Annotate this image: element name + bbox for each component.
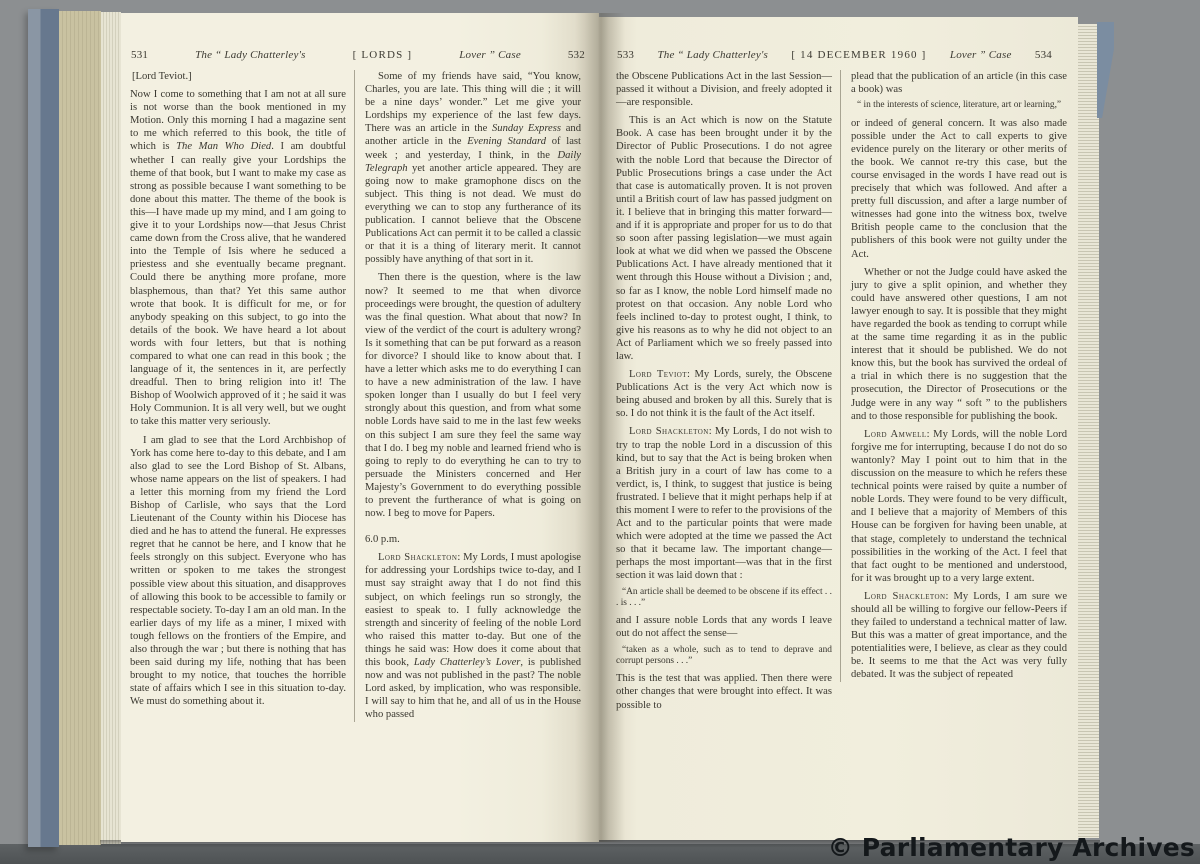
- header-center-lords: [ LORDS ]: [353, 49, 413, 61]
- right-page: 533 The “ Lady Chatterley's [ 14 DECEMBE…: [599, 17, 1078, 840]
- right-page-columns: the Obscene Publications Act in the last…: [599, 70, 1078, 712]
- book-photo: 531 The “ Lady Chatterley's [ LORDS ] Lo…: [0, 0, 1200, 864]
- book-cover-left-edge: [28, 9, 59, 847]
- running-title-right: Lover ” Case: [459, 49, 521, 61]
- text-block: “taken as a whole, such as to tend to de…: [616, 645, 832, 668]
- speaker-name: Lord Shackleton: [378, 552, 457, 563]
- page-number: 533: [617, 49, 634, 61]
- speech-paragraph: Lord Shackleton: My Lords, I am sure we …: [851, 590, 1067, 682]
- page-stack-edge-inner: [101, 12, 121, 844]
- text-block: Whether or not the Judge could have aske…: [851, 266, 1067, 423]
- page-number: 531: [131, 49, 148, 61]
- text-block: [Lord Teviot.]: [130, 70, 346, 83]
- text-block: I am glad to see that the Lord Archbisho…: [130, 434, 346, 709]
- speech-paragraph: Lord Amwell: My Lords, will the noble Lo…: [851, 428, 1067, 585]
- text-block: Then there is the question, where is the…: [365, 271, 581, 520]
- text-block: “An article shall be deemed to be obscen…: [616, 587, 832, 610]
- text-block: 6.0 p.m.: [365, 533, 581, 546]
- text-block: Now I come to something that I am not at…: [130, 88, 346, 428]
- running-title-right: Lover ” Case: [950, 49, 1012, 61]
- running-title-left: The “ Lady Chatterley's: [195, 49, 306, 61]
- text-column-2: Some of my friends have said, “You know,…: [354, 70, 581, 722]
- text-block: This is an Act which is now on the Statu…: [616, 114, 832, 363]
- speech-paragraph: Lord Shackleton: My Lords, I do not wish…: [616, 425, 832, 582]
- speech-paragraph: Lord Teviot: My Lords, surely, the Obsce…: [616, 368, 832, 420]
- running-title-left: The “ Lady Chatterley's: [657, 49, 768, 61]
- text-block: and I assure noble Lords that any words …: [616, 614, 832, 640]
- speaker-name: Lord Amwell: [864, 429, 927, 440]
- speaker-name: Lord Shackleton: [864, 591, 946, 602]
- speech-paragraph: Lord Shackleton: My Lords, I must apolog…: [365, 551, 581, 721]
- text-block: Some of my friends have said, “You know,…: [365, 70, 581, 266]
- page-number: 534: [1035, 49, 1052, 61]
- book-cover-corner-right: [1097, 22, 1114, 118]
- text-block: plead that the publication of an article…: [851, 70, 1067, 96]
- text-block: or indeed of general concern. It was als…: [851, 117, 1067, 261]
- text-block: This is the test that was applied. Then …: [616, 672, 832, 711]
- header-center-date: [ 14 DECEMBER 1960 ]: [791, 49, 926, 61]
- speaker-name: Lord Teviot: [629, 369, 687, 380]
- speaker-name: Lord Shackleton: [629, 426, 709, 437]
- left-page: 531 The “ Lady Chatterley's [ LORDS ] Lo…: [121, 13, 599, 842]
- copyright-watermark: © Parliamentary Archives: [828, 833, 1195, 862]
- text-block: the Obscene Publications Act in the last…: [616, 70, 832, 109]
- right-page-header: 533 The “ Lady Chatterley's [ 14 DECEMBE…: [617, 49, 1052, 61]
- page-number: 532: [568, 49, 585, 61]
- text-column-1: [Lord Teviot.]Now I come to something th…: [130, 70, 346, 709]
- text-block: “ in the interests of science, literatur…: [851, 100, 1067, 111]
- left-page-header: 531 The “ Lady Chatterley's [ LORDS ] Lo…: [131, 49, 585, 61]
- text-column-4: plead that the publication of an article…: [840, 70, 1067, 682]
- left-page-columns: [Lord Teviot.]Now I come to something th…: [121, 70, 599, 722]
- text-column-3: the Obscene Publications Act in the last…: [616, 70, 832, 712]
- page-stack-edge: [59, 11, 101, 845]
- fore-edge-pages-right: [1078, 24, 1099, 838]
